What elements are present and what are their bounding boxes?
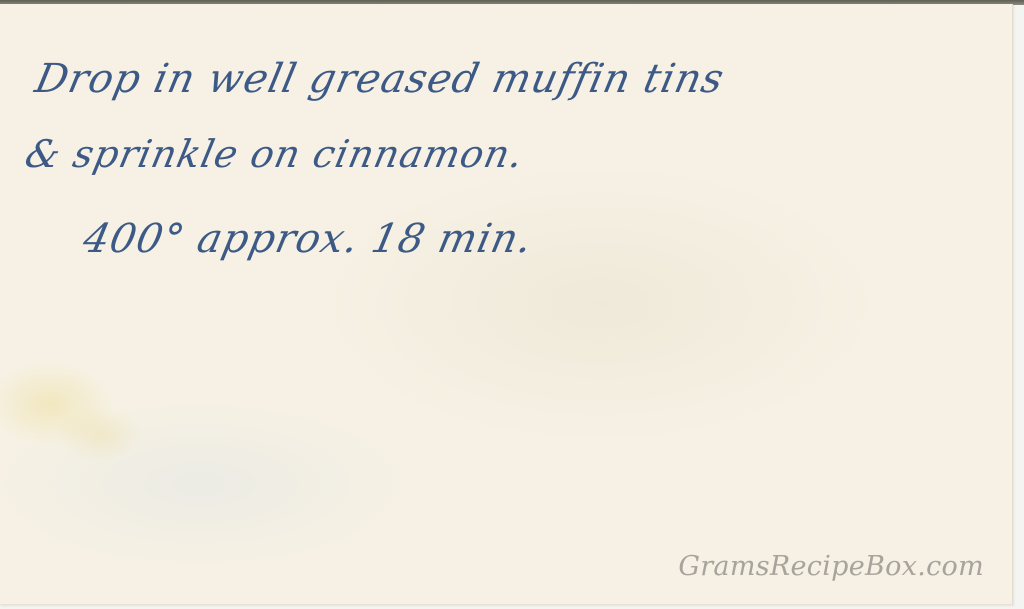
handwritten-line-3: 400° approx. 18 min. xyxy=(79,216,537,262)
handwritten-line-2: & sprinkle on cinnamon. xyxy=(21,132,528,176)
site-watermark: GramsRecipeBox.com xyxy=(678,551,984,582)
handwritten-line-1: Drop in well greased muffin tins xyxy=(31,56,728,102)
recipe-card: Drop in well greased muffin tins & sprin… xyxy=(0,4,1013,605)
